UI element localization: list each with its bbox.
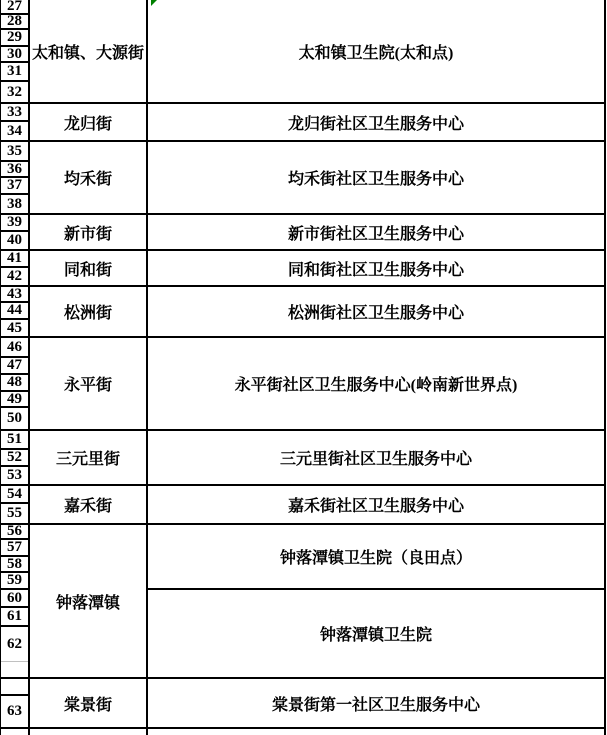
facility-column: 钟落潭镇卫生院（良田点） 钟落潭镇卫生院 xyxy=(148,525,606,677)
street-cell[interactable]: 均禾街 xyxy=(30,142,148,213)
facility-cell[interactable]: 同和街社区卫生服务中心 xyxy=(148,251,604,285)
facility-cell[interactable]: 松洲街社区卫生服务中心 xyxy=(148,287,604,336)
row-header[interactable]: 62 xyxy=(1,627,28,662)
row-header[interactable] xyxy=(1,679,28,696)
row-header[interactable]: 58 xyxy=(1,557,28,573)
facility-cell[interactable]: 太和镇卫生院(太和点) xyxy=(148,0,604,102)
row-header-column: 35 36 37 38 xyxy=(1,142,30,213)
row-header-column: 27 28 29 30 31 32 xyxy=(1,0,30,102)
facility-column: 嘉禾街社区卫生服务中心 xyxy=(148,486,606,523)
row-header[interactable]: 51 xyxy=(1,431,28,450)
row-header[interactable]: 59 xyxy=(1,573,28,590)
facility-column: 均禾街社区卫生服务中心 xyxy=(148,142,606,213)
table-row-group: 39 40 新市街 新市街社区卫生服务中心 xyxy=(1,215,606,251)
row-header-column: 56 57 58 59 60 61 62 xyxy=(1,525,30,677)
facility-column: 同和街社区卫生服务中心 xyxy=(148,251,606,285)
row-header[interactable]: 43 xyxy=(1,287,28,303)
row-header-column: 39 40 xyxy=(1,215,30,249)
row-header[interactable] xyxy=(1,662,28,677)
row-header[interactable]: 55 xyxy=(1,504,28,523)
facility-column: 松洲街社区卫生服务中心 xyxy=(148,287,606,336)
facility-column xyxy=(148,729,606,735)
error-indicator-icon xyxy=(151,0,157,6)
row-header[interactable]: 35 xyxy=(1,142,28,162)
row-header[interactable]: 52 xyxy=(1,450,28,467)
street-cell[interactable]: 松洲街 xyxy=(30,287,148,336)
facility-column: 棠景街第一社区卫生服务中心 xyxy=(148,679,606,727)
row-header[interactable]: 39 xyxy=(1,215,28,232)
facility-cell[interactable]: 钟落潭镇卫生院 xyxy=(148,590,604,677)
row-header[interactable]: 37 xyxy=(1,178,28,195)
table-row-group: 35 36 37 38 均禾街 均禾街社区卫生服务中心 xyxy=(1,142,606,215)
row-header[interactable]: 36 xyxy=(1,162,28,178)
row-header-column: 63 xyxy=(1,679,30,727)
facility-column: 三元里街社区卫生服务中心 xyxy=(148,431,606,484)
table-row-group: 51 52 53 三元里街 三元里街社区卫生服务中心 xyxy=(1,431,606,486)
table-row-group: 46 47 48 49 50 永平街 永平街社区卫生服务中心(岭南新世界点) xyxy=(1,338,606,431)
facility-cell[interactable]: 钟落潭镇卫生院（良田点） xyxy=(148,525,604,590)
row-header[interactable]: 57 xyxy=(1,540,28,557)
table-row-group: 41 42 同和街 同和街社区卫生服务中心 xyxy=(1,251,606,287)
facility-cell[interactable]: 棠景街第一社区卫生服务中心 xyxy=(148,679,604,727)
row-header-column: 43 44 45 xyxy=(1,287,30,336)
row-header[interactable]: 47 xyxy=(1,358,28,375)
row-header[interactable]: 48 xyxy=(1,375,28,392)
street-cell[interactable]: 嘉禾街 xyxy=(30,486,148,523)
row-header-column: 33 34 xyxy=(1,104,30,140)
street-cell[interactable]: 永平街 xyxy=(30,338,148,429)
row-header-column xyxy=(1,729,30,735)
row-header[interactable]: 31 xyxy=(1,63,28,82)
row-header[interactable]: 54 xyxy=(1,486,28,504)
row-header-column: 51 52 53 xyxy=(1,431,30,484)
facility-column: 太和镇卫生院(太和点) xyxy=(148,0,606,102)
table-row-group: 54 55 嘉禾街 嘉禾街社区卫生服务中心 xyxy=(1,486,606,525)
spreadsheet-grid: 27 28 29 30 31 32 太和镇、大源街 太和镇卫生院(太和点) 33… xyxy=(0,0,607,735)
facility-column: 龙归街社区卫生服务中心 xyxy=(148,104,606,140)
row-header[interactable]: 29 xyxy=(1,30,28,47)
table-row-group: 56 57 58 59 60 61 62 钟落潭镇 钟落潭镇卫生院（良田点） 钟… xyxy=(1,525,606,679)
row-header[interactable]: 61 xyxy=(1,608,28,627)
row-header[interactable]: 40 xyxy=(1,232,28,249)
row-header[interactable]: 30 xyxy=(1,47,28,63)
row-header[interactable]: 50 xyxy=(1,408,28,429)
row-header-column: 46 47 48 49 50 xyxy=(1,338,30,429)
partial-row xyxy=(1,729,606,735)
street-cell[interactable]: 龙归街 xyxy=(30,104,148,140)
row-header[interactable]: 46 xyxy=(1,338,28,358)
table-row-group: 43 44 45 松洲街 松洲街社区卫生服务中心 xyxy=(1,287,606,338)
row-header[interactable]: 60 xyxy=(1,590,28,608)
street-cell[interactable] xyxy=(30,729,148,735)
facility-cell[interactable]: 三元里街社区卫生服务中心 xyxy=(148,431,604,484)
row-header-column: 41 42 xyxy=(1,251,30,285)
row-header[interactable]: 41 xyxy=(1,251,28,268)
table-row-group: 63 棠景街 棠景街第一社区卫生服务中心 xyxy=(1,679,606,729)
facility-column: 新市街社区卫生服务中心 xyxy=(148,215,606,249)
street-cell[interactable]: 新市街 xyxy=(30,215,148,249)
table-row-group: 27 28 29 30 31 32 太和镇、大源街 太和镇卫生院(太和点) xyxy=(1,0,606,104)
table-row-group: 33 34 龙归街 龙归街社区卫生服务中心 xyxy=(1,104,606,142)
row-header[interactable]: 33 xyxy=(1,104,28,122)
facility-cell[interactable]: 新市街社区卫生服务中心 xyxy=(148,215,604,249)
facility-cell[interactable]: 嘉禾街社区卫生服务中心 xyxy=(148,486,604,523)
facility-cell[interactable]: 均禾街社区卫生服务中心 xyxy=(148,142,604,213)
facility-cell[interactable]: 永平街社区卫生服务中心(岭南新世界点) xyxy=(148,338,604,429)
row-header-column: 54 55 xyxy=(1,486,30,523)
row-header[interactable]: 34 xyxy=(1,122,28,140)
street-cell[interactable]: 三元里街 xyxy=(30,431,148,484)
street-cell[interactable]: 同和街 xyxy=(30,251,148,285)
street-cell[interactable]: 棠景街 xyxy=(30,679,148,727)
street-cell[interactable]: 钟落潭镇 xyxy=(30,525,148,677)
street-cell[interactable]: 太和镇、大源街 xyxy=(30,0,148,102)
row-header[interactable]: 44 xyxy=(1,303,28,320)
facility-cell[interactable]: 龙归街社区卫生服务中心 xyxy=(148,104,604,140)
row-header[interactable]: 45 xyxy=(1,320,28,336)
row-header[interactable]: 38 xyxy=(1,195,28,213)
row-header[interactable]: 28 xyxy=(1,15,28,30)
row-header[interactable]: 49 xyxy=(1,392,28,408)
row-header[interactable]: 63 xyxy=(1,696,28,727)
row-header[interactable]: 42 xyxy=(1,268,28,285)
row-header[interactable]: 32 xyxy=(1,82,28,102)
facility-column: 永平街社区卫生服务中心(岭南新世界点) xyxy=(148,338,606,429)
row-header[interactable]: 53 xyxy=(1,467,28,484)
row-header[interactable]: 56 xyxy=(1,525,28,540)
